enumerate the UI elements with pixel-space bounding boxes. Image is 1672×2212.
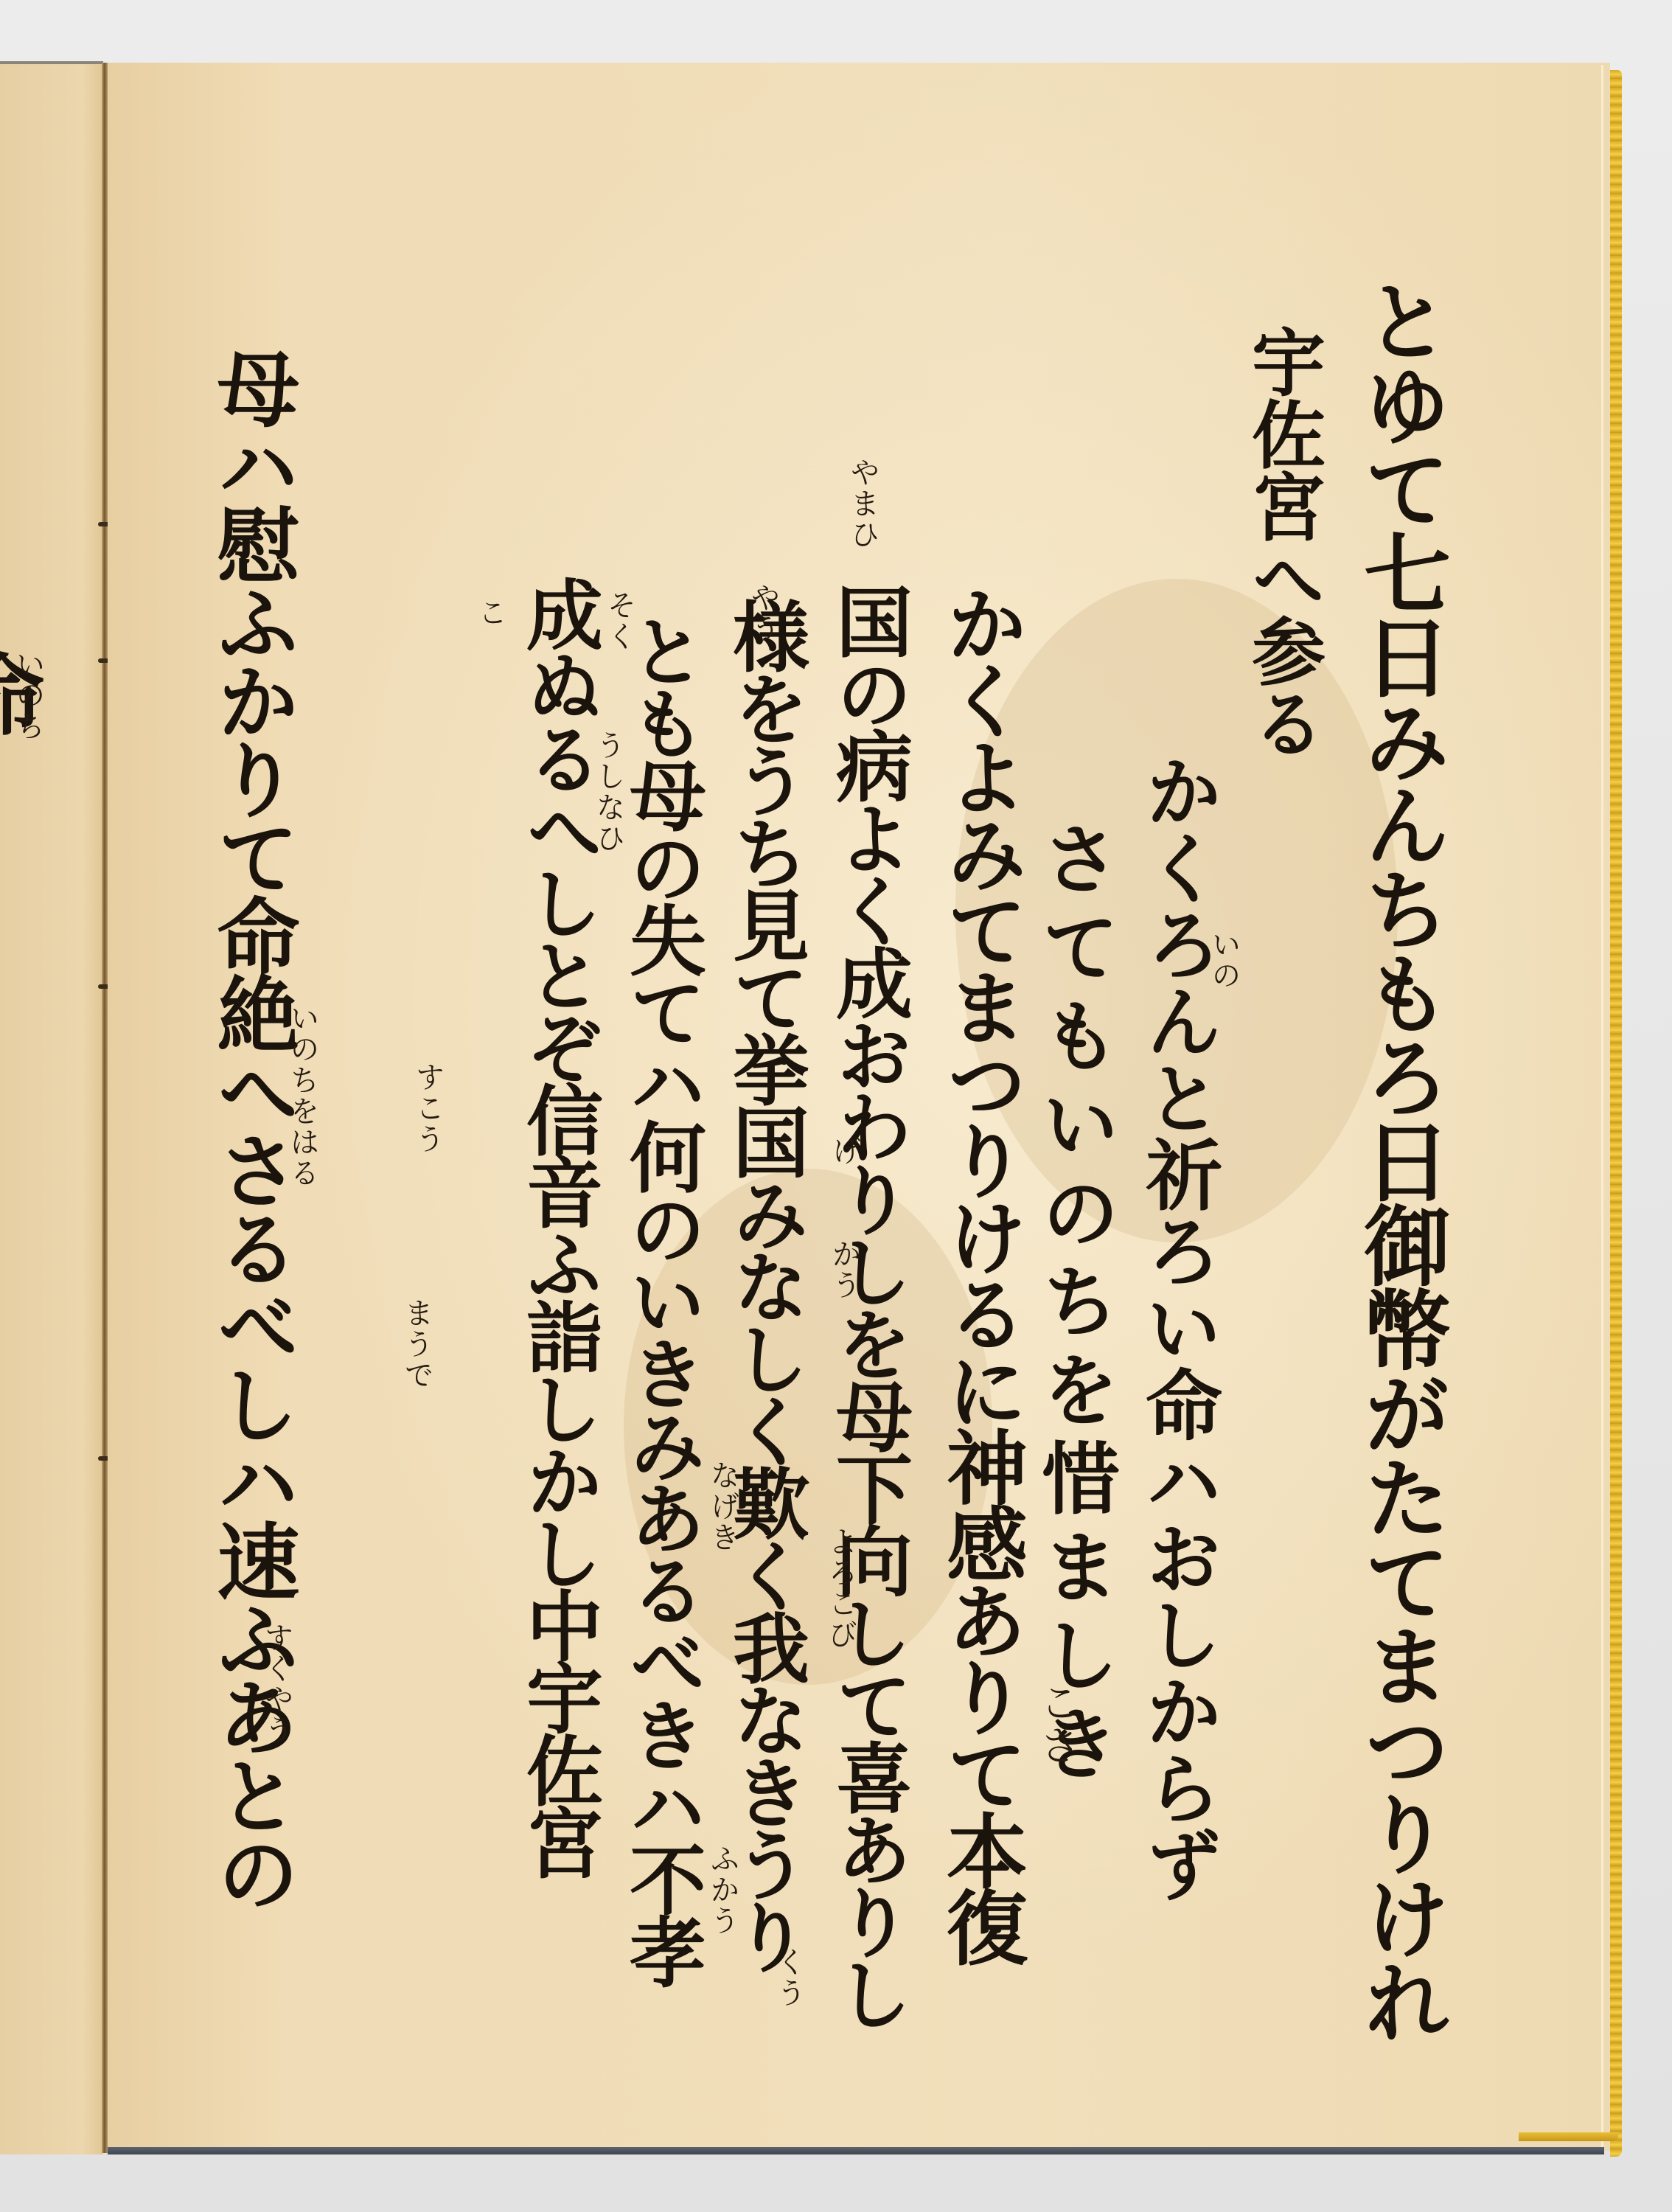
furigana: いのちをはる	[288, 1003, 317, 1189]
page-edge	[1601, 65, 1603, 2152]
furigana: こさ	[1036, 1681, 1077, 1767]
left-page	[0, 61, 103, 2154]
left-page-furigana: いのち	[13, 649, 43, 742]
binding-fold	[102, 63, 108, 2153]
furigana: かう	[829, 1239, 859, 1301]
text-column-2: 宇佐宮へ参る	[1246, 324, 1320, 758]
furigana: そく	[605, 590, 634, 652]
furigana: まうで	[402, 1298, 431, 1391]
text-column-7: 様をうち見て挙国みなしく歎く我なきうり	[726, 597, 803, 1970]
furigana: よろこび	[826, 1526, 855, 1650]
gilt-edge	[1610, 70, 1622, 2157]
cover-edge	[108, 2147, 1604, 2154]
furigana: げ	[829, 1135, 859, 1166]
text-column-1: とゆて七日みんちもろ日御幣がたてまつりけれ	[1356, 276, 1443, 2042]
furigana: いの	[1209, 929, 1239, 991]
furigana: なげき	[708, 1460, 737, 1553]
furigana: すくやう	[262, 1622, 291, 1746]
furigana: やう	[748, 582, 778, 644]
furigana: くう	[774, 1947, 804, 2008]
furigana: こ	[476, 597, 505, 628]
text-column-8: とも母の失てハ何のいきみあるべきハ不孝	[623, 612, 700, 1985]
text-column-6: 国の病よく成おわりしを母下向して喜ありし	[829, 582, 906, 2028]
furigana: やまひ	[848, 457, 877, 550]
text-column-5: かくよみてまつりけるに神感ありて本復	[940, 582, 1021, 1963]
text-column-4: さてもいのちを惜ましき	[1036, 818, 1114, 1792]
gilt-corner	[1519, 2132, 1618, 2141]
furigana: ふかう	[708, 1843, 737, 1936]
furigana: すこう	[413, 1062, 442, 1155]
text-column-3: かくろんと祈ろい命ハおしからず	[1139, 752, 1216, 1902]
text-column-9: 成ぬるへしとぞ信音ふ詣しかし中宇佐宮	[520, 575, 596, 1876]
